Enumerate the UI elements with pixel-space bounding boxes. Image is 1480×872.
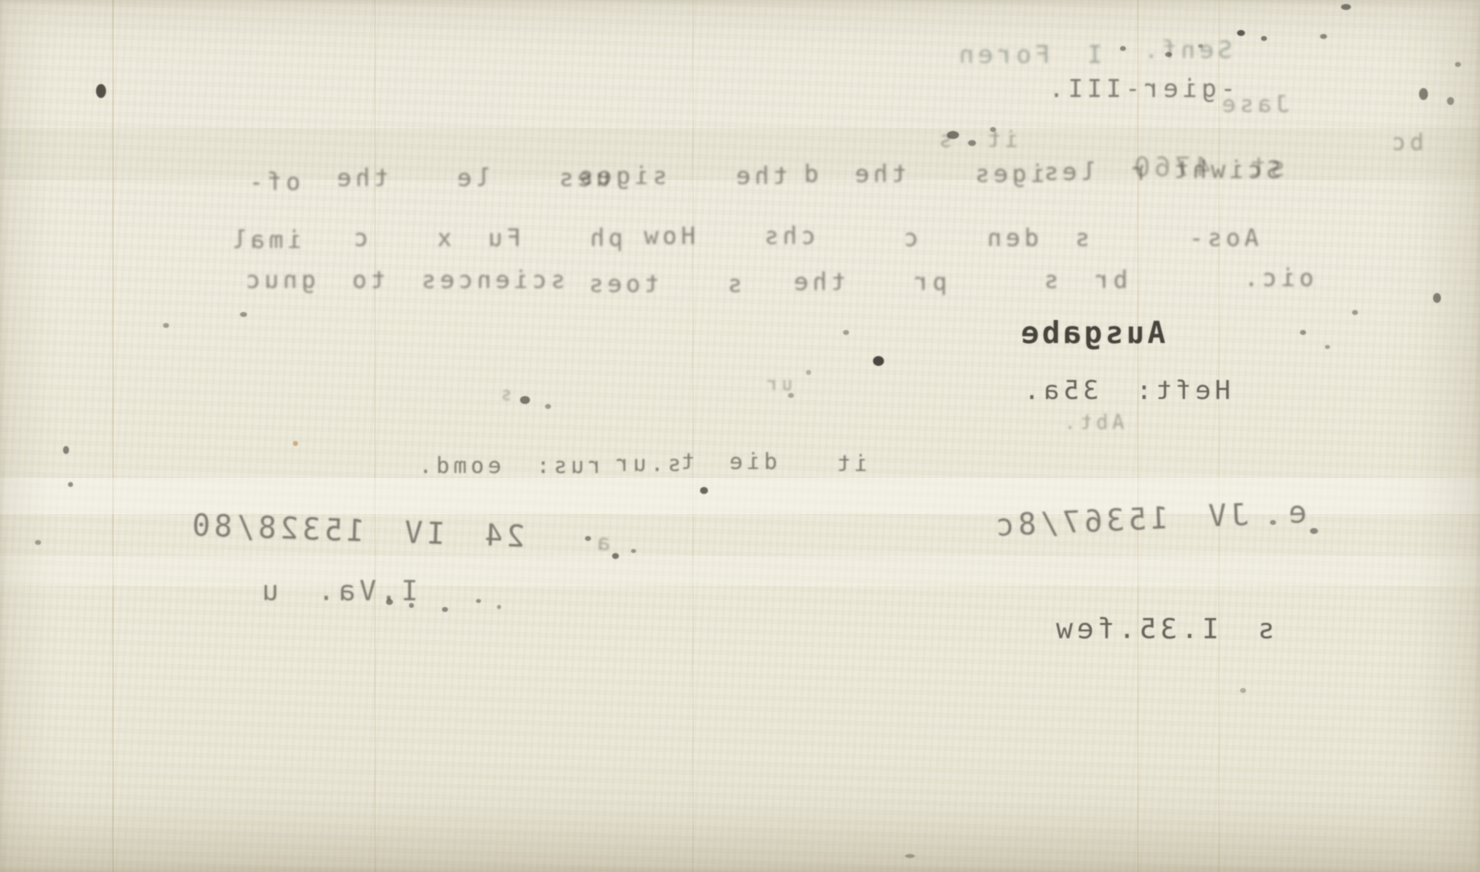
ink-speck — [409, 603, 414, 608]
ink-speck — [585, 536, 591, 541]
ink-speck — [990, 127, 996, 132]
ink-speck — [873, 356, 884, 366]
ink-speck — [631, 549, 636, 553]
ink-speck — [612, 553, 619, 559]
ink-speck — [843, 330, 849, 335]
ink-speck — [163, 323, 169, 328]
ink-speck — [1455, 62, 1461, 67]
ink-speck — [905, 854, 915, 858]
ink-speck — [35, 540, 41, 545]
ink-speck — [545, 404, 551, 409]
ink-specks-layer — [0, 0, 1480, 872]
ink-speck — [806, 370, 811, 375]
ink-speck — [386, 599, 393, 605]
ink-speck — [520, 396, 530, 404]
ink-speck — [947, 131, 959, 139]
ink-speck — [1300, 330, 1306, 335]
ink-speck — [700, 487, 708, 494]
ink-speck — [1165, 52, 1172, 57]
ink-speck — [968, 140, 976, 146]
ink-speck — [1447, 97, 1454, 105]
ink-speck — [63, 446, 69, 454]
ink-speck — [1270, 520, 1276, 525]
ink-speck — [442, 607, 448, 612]
ink-speck — [1341, 4, 1351, 10]
ink-speck — [1320, 34, 1327, 39]
ink-speck — [1120, 46, 1126, 51]
ink-speck — [293, 441, 298, 446]
ink-speck — [1198, 44, 1203, 48]
ink-speck — [1261, 36, 1267, 41]
scanned-paper-page: I Foren Senf. -gier-III. Jase st 4760 bc… — [0, 0, 1480, 872]
ink-speck — [1419, 88, 1428, 100]
ink-speck — [96, 84, 106, 98]
ink-speck — [1433, 293, 1441, 303]
ink-speck — [68, 482, 73, 487]
ink-speck — [476, 599, 481, 603]
ink-speck — [1352, 310, 1358, 315]
ink-speck — [240, 312, 247, 317]
ink-speck — [1325, 345, 1330, 349]
ink-speck — [1310, 528, 1318, 534]
ink-speck — [1237, 30, 1245, 36]
ink-speck — [788, 393, 794, 398]
ink-speck — [1240, 688, 1246, 693]
ink-speck — [497, 605, 501, 609]
